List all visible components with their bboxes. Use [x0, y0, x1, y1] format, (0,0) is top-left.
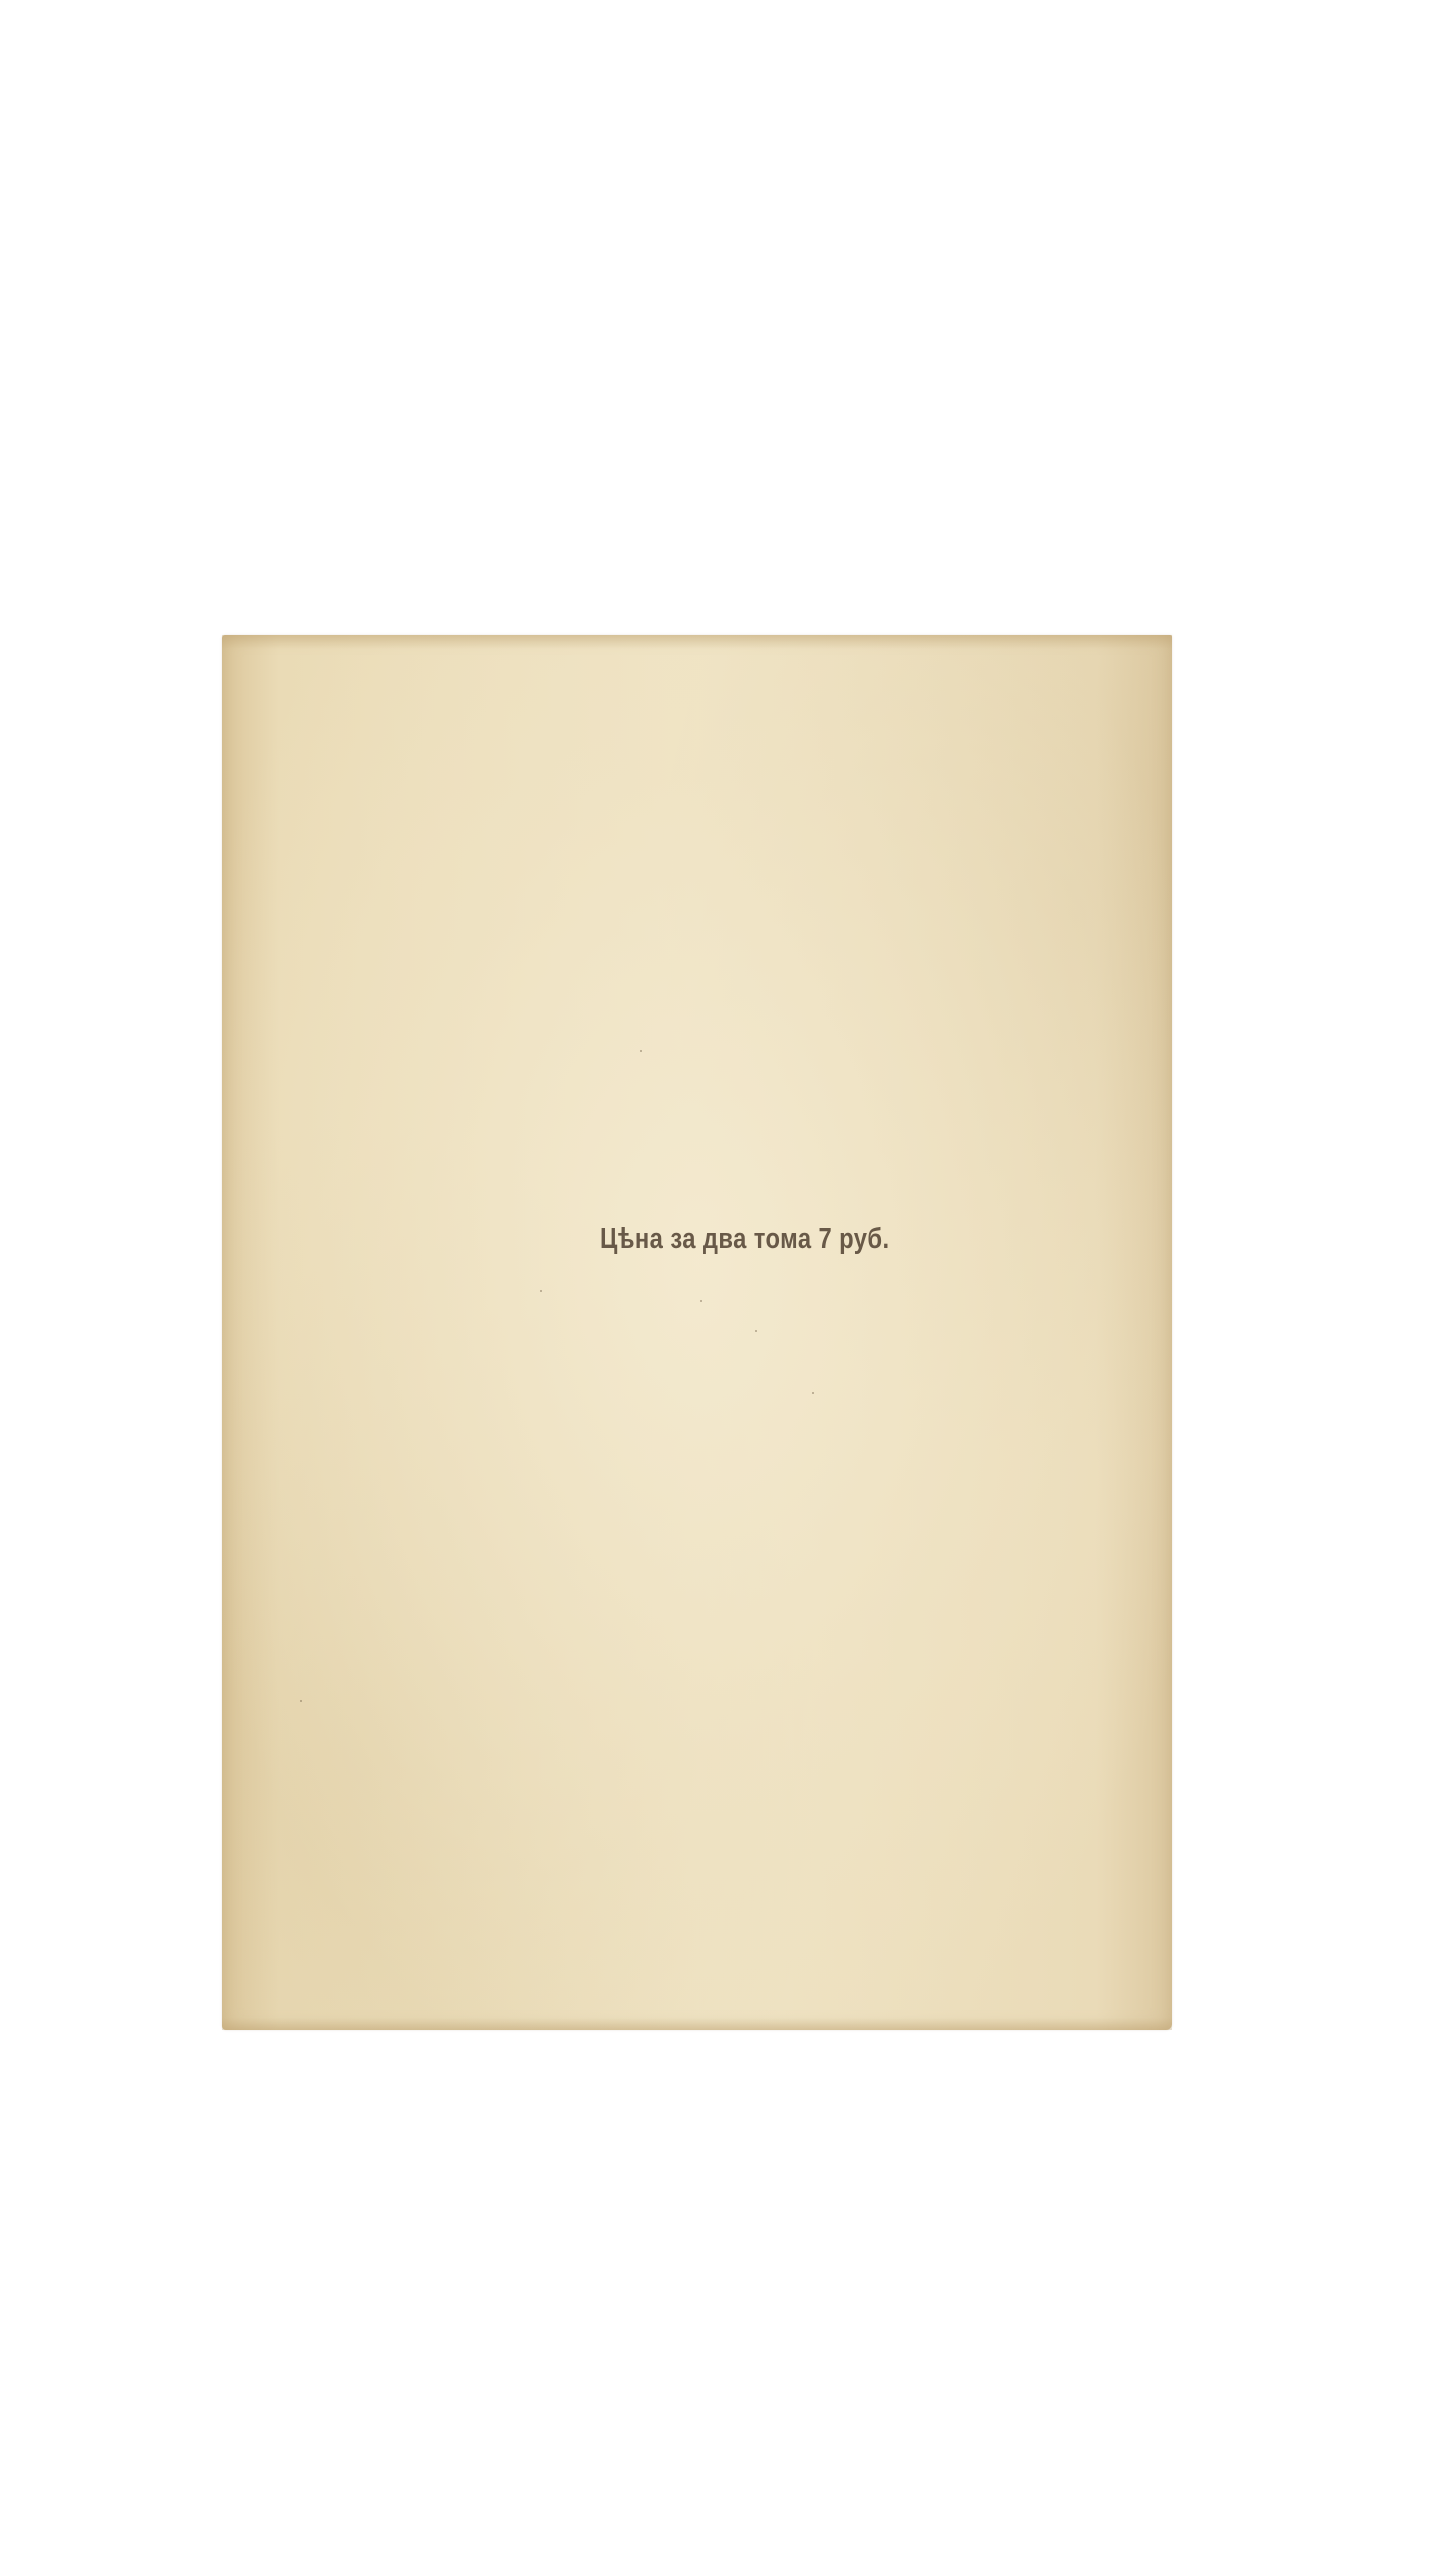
paper-speck	[540, 1290, 542, 1292]
paper-speck	[300, 1700, 302, 1702]
price-text: Цѣна за два тома 7 руб.	[600, 1223, 889, 1256]
paper-sheet	[222, 635, 1172, 2030]
paper-speck	[812, 1392, 814, 1394]
paper-speck	[640, 1050, 642, 1052]
paper-speck	[700, 1300, 702, 1302]
paper-speck	[755, 1330, 757, 1332]
